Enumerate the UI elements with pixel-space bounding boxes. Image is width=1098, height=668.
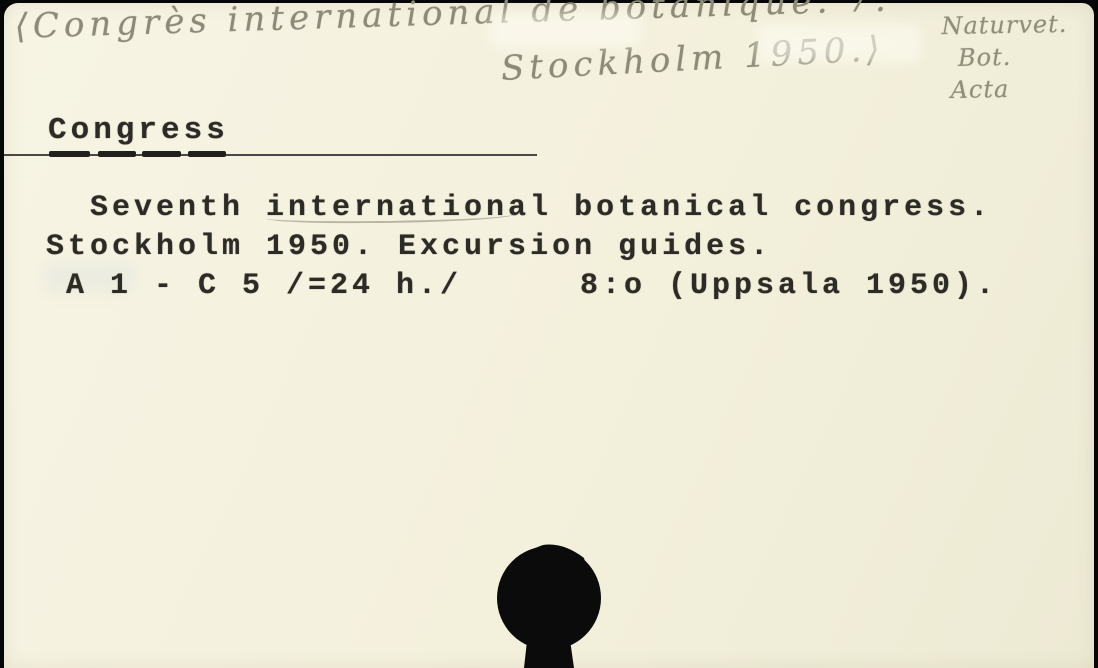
classification-line-2: Bot. bbox=[942, 40, 1068, 74]
heading-underline-dash bbox=[49, 151, 90, 157]
scan-smudge bbox=[490, 13, 640, 47]
catalog-card: ⟨Congrès international de botanique. 7. … bbox=[4, 3, 1094, 668]
classification-line-1: Naturvet. bbox=[941, 8, 1067, 42]
heading-underline-dash bbox=[188, 151, 226, 157]
heading-underline-dash bbox=[142, 151, 181, 157]
scan-smudge bbox=[756, 25, 921, 63]
classification-line-3: Acta bbox=[942, 72, 1068, 106]
shelfmark-statement: A 1 - C 5 /=24 h./ bbox=[66, 269, 462, 303]
scan-background: ⟨Congrès international de botanique. 7. … bbox=[0, 0, 1098, 668]
punch-hole bbox=[488, 540, 613, 668]
imprint-statement: Stockholm 1950. Excursion guides. bbox=[46, 230, 772, 264]
heading-underline-dash bbox=[98, 151, 136, 157]
format-statement: 8:o (Uppsala 1950). bbox=[580, 269, 998, 303]
title-statement: Seventh international botanical congress… bbox=[90, 191, 992, 225]
main-entry-heading: Congress bbox=[48, 113, 229, 148]
classification-note: Naturvet. Bot. Acta bbox=[941, 8, 1069, 106]
